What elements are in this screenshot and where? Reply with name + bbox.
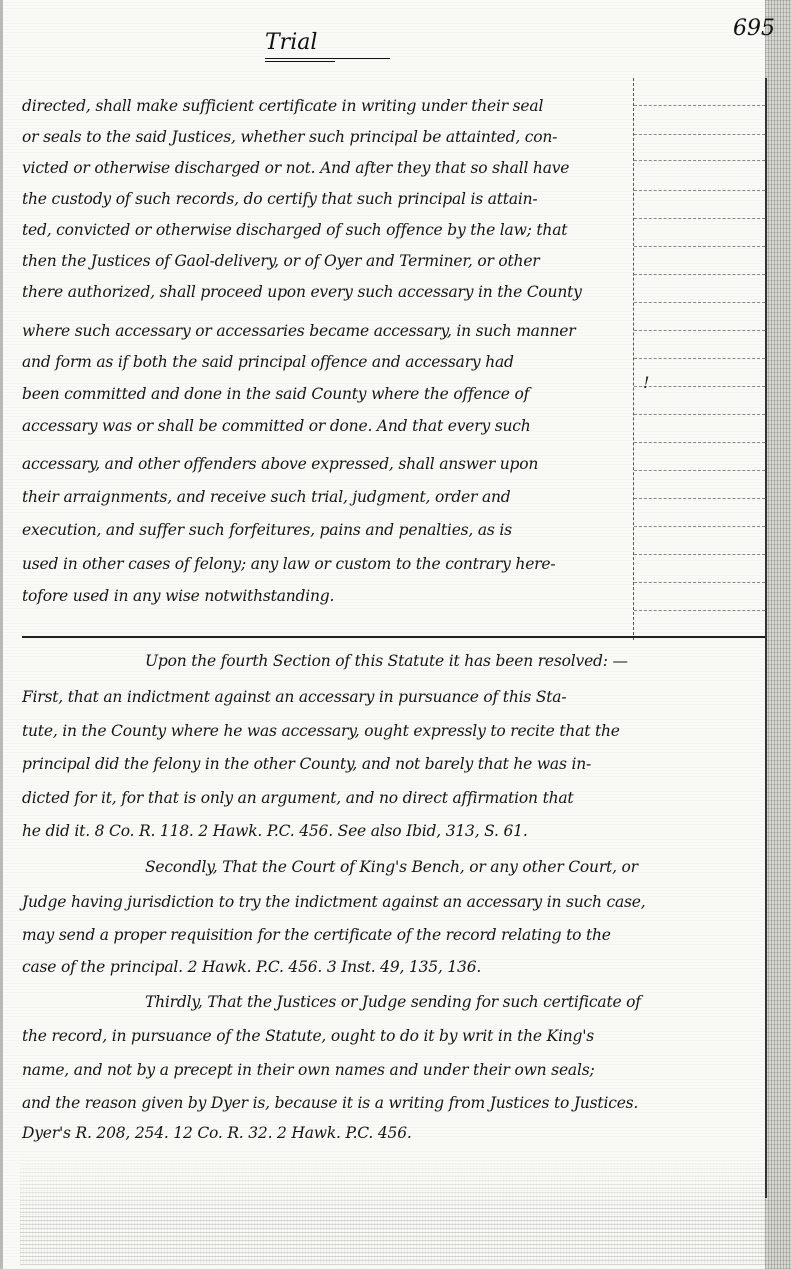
- statute-line: and form as if both the said principal o…: [22, 353, 514, 371]
- commentary-line: Upon the fourth Section of this Statute …: [145, 652, 628, 670]
- margin-ruled-line: [634, 160, 765, 161]
- commentary-line: First, that an indictment against an acc…: [22, 688, 566, 706]
- commentary-line: Thirdly, That the Justices or Judge send…: [145, 993, 641, 1011]
- page-number: 695: [733, 16, 775, 41]
- margin-ruled-line: [634, 526, 765, 527]
- commentary-line: tute, in the County where he was accessa…: [22, 722, 620, 740]
- statute-line: there authorized, shall proceed upon eve…: [22, 283, 582, 301]
- commentary-line: Judge having jurisdiction to try the ind…: [22, 893, 645, 911]
- page-left-edge: [0, 0, 3, 1269]
- commentary-line: and the reason given by Dyer is, because…: [22, 1094, 638, 1112]
- statute-line: where such accessary or accessaries beca…: [22, 322, 575, 340]
- margin-rule: [633, 78, 635, 640]
- margin-ruled-line: [634, 134, 765, 135]
- statute-line: ted, convicted or otherwise discharged o…: [22, 221, 567, 239]
- margin-ruled-line: [634, 302, 765, 303]
- statute-line: the custody of such records, do certify …: [22, 190, 537, 208]
- manuscript-page: Trial 695 ! directed, shall make suffici…: [0, 0, 791, 1269]
- title-underline-double: [265, 61, 335, 62]
- margin-ruled-line: [634, 610, 765, 611]
- statute-line: execution, and suffer such forfeitures, …: [22, 521, 512, 539]
- statute-line: victed or otherwise discharged or not. A…: [22, 159, 569, 177]
- commentary-line: name, and not by a precept in their own …: [22, 1061, 595, 1079]
- margin-ruled-line: [634, 190, 765, 191]
- commentary-line: may send a proper requisition for the ce…: [22, 926, 611, 944]
- right-border-rule: [765, 78, 767, 1198]
- title-underline: [265, 58, 390, 59]
- statute-line: accessary was or shall be committed or d…: [22, 417, 531, 435]
- margin-ruled-line: [634, 470, 765, 471]
- margin-ruled-line: [634, 105, 765, 106]
- margin-ruled-line: [634, 330, 765, 331]
- page-title: Trial: [265, 30, 317, 55]
- scan-noise-area: [20, 1150, 765, 1265]
- margin-ruled-line: [634, 218, 765, 219]
- commentary-line: dicted for it, for that is only an argum…: [22, 789, 573, 807]
- margin-ruled-line: [634, 274, 765, 275]
- margin-mark: !: [643, 373, 649, 392]
- commentary-line: he did it. 8 Co. R. 118. 2 Hawk. P.C. 45…: [22, 822, 528, 840]
- margin-ruled-line: [634, 554, 765, 555]
- binding-edge: [765, 0, 791, 1269]
- statute-line: accessary, and other offenders above exp…: [22, 455, 538, 473]
- statute-line: or seals to the said Justices, whether s…: [22, 128, 557, 146]
- commentary-line: Dyer's R. 208, 254. 12 Co. R. 32. 2 Hawk…: [22, 1124, 412, 1142]
- statute-line: been committed and done in the said Coun…: [22, 385, 529, 403]
- commentary-line: case of the principal. 2 Hawk. P.C. 456.…: [22, 958, 481, 976]
- margin-ruled-line: [634, 414, 765, 415]
- statute-line: directed, shall make sufficient certific…: [22, 97, 543, 115]
- margin-ruled-line: [634, 358, 765, 359]
- margin-ruled-line: [634, 246, 765, 247]
- commentary-line: principal did the felony in the other Co…: [22, 755, 591, 773]
- statute-line: used in other cases of felony; any law o…: [22, 555, 555, 573]
- statute-line: tofore used in any wise notwithstanding.: [22, 587, 334, 605]
- statute-line: their arraignments, and receive such tri…: [22, 488, 511, 506]
- margin-ruled-line: [634, 442, 765, 443]
- margin-ruled-line: [634, 386, 765, 387]
- statute-line: then the Justices of Gaol-delivery, or o…: [22, 252, 540, 270]
- commentary-line: the record, in pursuance of the Statute,…: [22, 1027, 594, 1045]
- margin-ruled-line: [634, 498, 765, 499]
- margin-ruled-line: [634, 582, 765, 583]
- section-divider: [22, 636, 765, 638]
- commentary-line: Secondly, That the Court of King's Bench…: [145, 858, 638, 876]
